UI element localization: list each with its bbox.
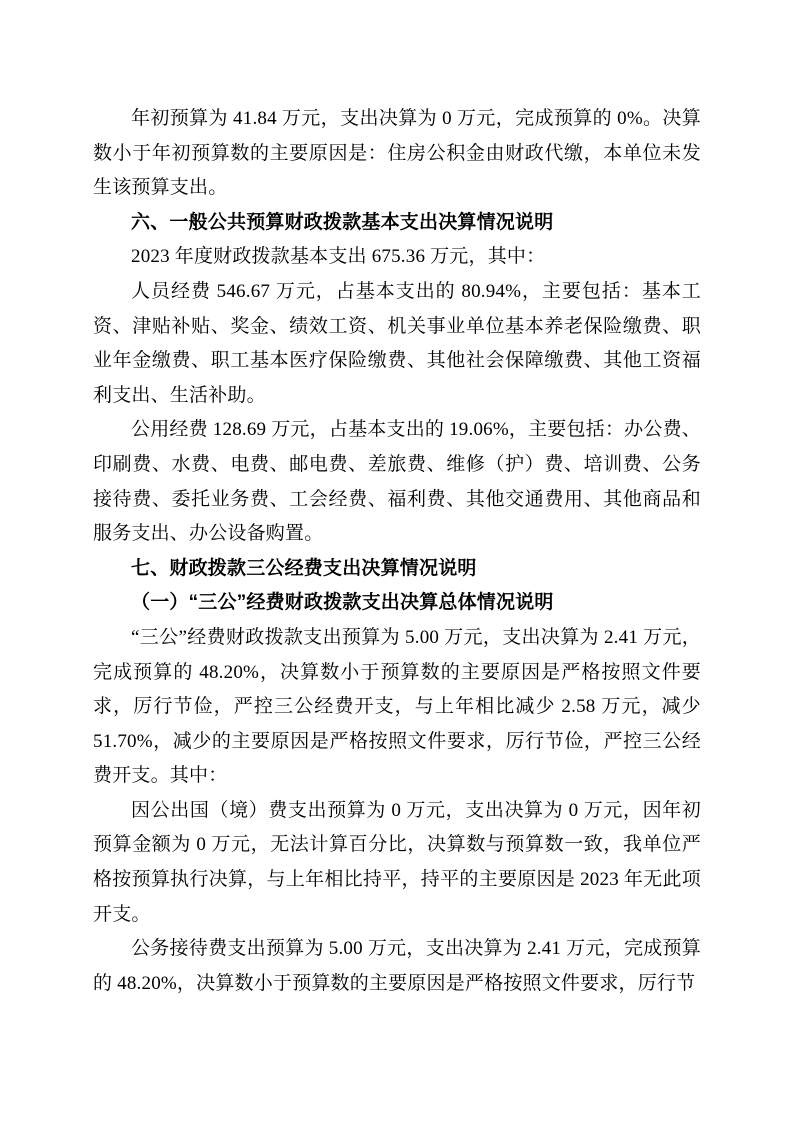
- paragraph-personnel-expenses: 人员经费 546.67 万元，占基本支出的 80.94%，主要包括：基本工资、津…: [93, 275, 701, 413]
- paragraph-official-reception-expenses: 公务接待费支出预算为 5.00 万元，支出决算为 2.41 万元，完成预算的 4…: [93, 932, 701, 1001]
- heading-subsection-one-overall-situation: （一）“三公”经费财政拨款支出决算总体情况说明: [93, 586, 701, 621]
- paragraph-overseas-travel-expenses: 因公出国（境）费支出预算为 0 万元，支出决算为 0 万元，因年初预算金额为 0…: [93, 794, 701, 932]
- heading-section-six-basic-expenditure: 六、一般公共预算财政拨款基本支出决算情况说明: [93, 206, 701, 241]
- paragraph-housing-fund-budget: 年初预算为 41.84 万元，支出决算为 0 万元，完成预算的 0%。决算数小于…: [93, 102, 701, 206]
- document-content: 年初预算为 41.84 万元，支出决算为 0 万元，完成预算的 0%。决算数小于…: [93, 102, 701, 1001]
- heading-section-seven-three-public-expenses: 七、财政拨款三公经费支出决算情况说明: [93, 552, 701, 587]
- paragraph-three-public-expenses-overview: “三公”经费财政拨款支出预算为 5.00 万元，支出决算为 2.41 万元，完成…: [93, 621, 701, 794]
- paragraph-public-expenses: 公用经费 128.69 万元，占基本支出的 19.06%，主要包括：办公费、印刷…: [93, 413, 701, 551]
- document-page: 年初预算为 41.84 万元，支出决算为 0 万元，完成预算的 0%。决算数小于…: [0, 0, 793, 1122]
- paragraph-basic-expenditure-total: 2023 年度财政拨款基本支出 675.36 万元，其中：: [93, 240, 701, 275]
